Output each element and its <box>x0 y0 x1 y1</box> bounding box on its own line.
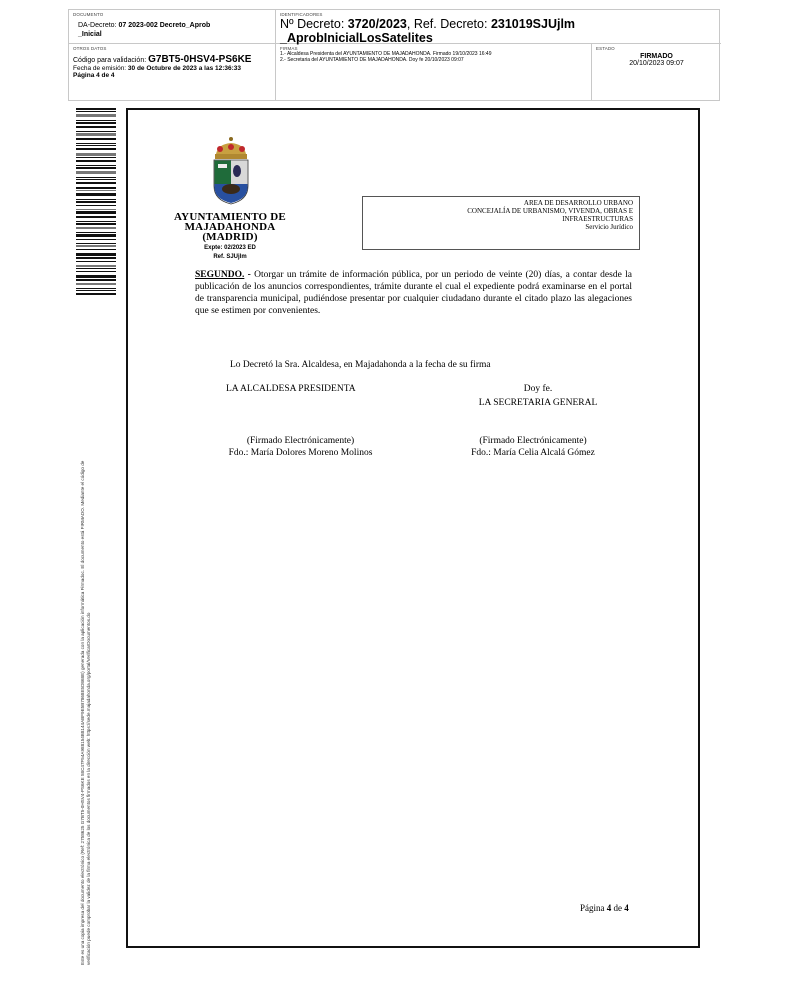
right-signature: (Firmado Electrónicamente) Fdo.: María C… <box>458 435 608 459</box>
paragraph-text: Otorgar un trámite de información públic… <box>195 270 632 316</box>
decreto-line: Lo Decretó la Sra. Alcaldesa, en Majadah… <box>230 360 491 370</box>
documento-value: DA-Decreto: 07 2023-002 Decreto_Aprob _I… <box>78 21 271 39</box>
status-badge: FIRMADO <box>596 53 717 60</box>
documento-cell: DOCUMENTO DA-Decreto: 07 2023-002 Decret… <box>69 10 276 44</box>
resolution-paragraph: SEGUNDO. - Otorgar un trámite de informa… <box>195 269 632 317</box>
doy-fe: Doy fe. <box>468 384 608 394</box>
validation-code: Código para validación: G7BT5-0HSV4-PS6K… <box>73 54 271 65</box>
firmas-cell: FIRMAS 1.- Alcaldesa Presidenta del AYUN… <box>276 44 592 101</box>
municipality-name: AYUNTAMIENTO DE MAJADAHONDA (MADRID) <box>166 212 294 242</box>
document-metadata-header: DOCUMENTO DA-Decreto: 07 2023-002 Decret… <box>68 9 720 101</box>
estado-label: ESTADO <box>596 46 717 51</box>
barcode <box>76 108 116 276</box>
identificadores-cell: IDENTIFICADORES Nº Decreto: 3720/2023, R… <box>276 10 721 44</box>
coat-of-arms-icon <box>206 136 256 206</box>
file-reference: Expte: 02/2023 ED Ref. SJUjlm <box>166 244 294 262</box>
firma-item: 2.- Secretaria del AYUNTAMIENTO DE MAJAD… <box>280 57 587 63</box>
left-signature: (Firmado Electrónicamente) Fdo.: María D… <box>218 435 383 459</box>
page-count: Página 4 de 4 <box>73 72 271 79</box>
estado-cell: ESTADO FIRMADO 20/10/2023 09:07 <box>592 44 721 101</box>
department-box: AREA DE DESARROLLO URBANO CONCEJALÍA DE … <box>362 196 640 250</box>
otros-datos-label: OTROS DATOS <box>73 46 271 51</box>
page-number: Página 4 de 4 <box>580 903 629 913</box>
document-page: AYUNTAMIENTO DE MAJADAHONDA (MADRID) Exp… <box>126 108 700 948</box>
verification-side-text: Este es una copia impresa del documento … <box>80 305 92 965</box>
left-signer-title: LA ALCALDESA PRESIDENTA <box>226 384 356 394</box>
status-date: 20/10/2023 09:07 <box>596 60 717 67</box>
section-keyword: SEGUNDO. <box>195 270 244 280</box>
identificadores-value: Nº Decreto: 3720/2023, Ref. Decreto: 231… <box>280 17 717 45</box>
documento-label: DOCUMENTO <box>73 12 271 17</box>
emission-date: Fecha de emisión: 30 de Octubre de 2023 … <box>73 65 271 72</box>
otros-datos-cell: OTROS DATOS Código para validación: G7BT… <box>69 44 276 101</box>
right-signer-title: LA SECRETARIA GENERAL <box>468 398 608 408</box>
